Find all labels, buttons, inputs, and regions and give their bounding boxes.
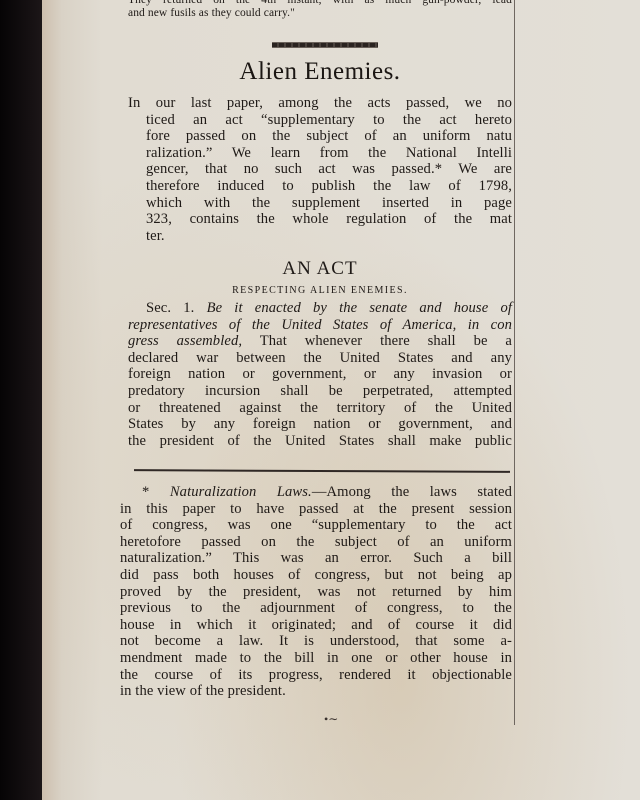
- intro-line: which with the supplement inserted in pa…: [128, 195, 512, 212]
- section-line: predatory incursion shall be perpetrated…: [128, 383, 512, 400]
- section-line: or threatened against the territory of t…: [128, 400, 512, 417]
- footnote-line: mendment made to the bill in one or othe…: [120, 650, 512, 667]
- footnote-line: of congress, was one “supplementary to t…: [120, 517, 512, 534]
- enacting-clause: representatives of the United States of …: [128, 317, 512, 333]
- section-line: declared war between the United States a…: [128, 350, 512, 367]
- ink-blot-mark: •∼: [324, 712, 338, 727]
- intro-line: In our last paper, among the acts passed…: [128, 95, 512, 112]
- intro-line: fore passed on the subject of an uniform…: [128, 128, 512, 145]
- act-section-1: Sec. 1. Be it enacted by the senate and …: [128, 300, 512, 449]
- intro-line: gencer, that no such act was passed.* We…: [128, 161, 512, 178]
- footnote-naturalization-laws: * Naturalization Laws.—Among the laws st…: [120, 484, 512, 700]
- act-subtitle: RESPECTING ALIEN ENEMIES.: [128, 285, 512, 296]
- footnote-line: naturalization.” This was an error. Such…: [120, 550, 512, 567]
- footnote-line: not become a law. It is understood, that…: [120, 633, 512, 650]
- dark-background-edge: [0, 0, 42, 800]
- enacting-clause: Be it enacted by the senate and house of: [207, 300, 512, 316]
- section-text: That whenever there shall be a: [242, 333, 512, 349]
- footnote-line: in this paper to have passed at the pres…: [120, 501, 512, 518]
- intro-line: 323, contains the whole regulation of th…: [128, 211, 512, 228]
- footnote-line: did pass both houses of congress, but no…: [120, 567, 512, 584]
- fragment-line: and new fusils as they could carry.": [128, 7, 512, 20]
- footnote-title: Naturalization Laws.: [170, 484, 312, 500]
- section-line: States by any foreign nation or governme…: [128, 416, 512, 433]
- section-label: Sec. 1.: [146, 300, 207, 316]
- footnote-separator-rule: [134, 469, 510, 473]
- footnote-line: proved by the president, was not returne…: [120, 584, 512, 601]
- intro-line: ter.: [128, 228, 512, 245]
- article-headline: Alien Enemies.: [128, 58, 512, 86]
- footnote-line: heretofore passed on the subject of an u…: [120, 534, 512, 551]
- section-divider-rule: [272, 42, 378, 48]
- section-line: Sec. 1. Be it enacted by the senate and …: [128, 300, 512, 317]
- intro-line: therefore induced to publish the law of …: [128, 178, 512, 195]
- footnote-line: house in which it originated; and of cou…: [120, 617, 512, 634]
- section-line: representatives of the United States of …: [128, 317, 512, 334]
- act-title: AN ACT: [128, 258, 512, 280]
- footnote-marker: *: [142, 484, 170, 500]
- article-intro: In our last paper, among the acts passed…: [128, 95, 512, 244]
- section-line: foreign nation or government, or any inv…: [128, 366, 512, 383]
- section-line: gress assembled, That whenever there sha…: [128, 333, 512, 350]
- column-rule: [514, 0, 515, 725]
- previous-article-fragment: They returned on the 4th instant, with a…: [128, 0, 512, 20]
- enacting-clause: gress assembled,: [128, 333, 242, 349]
- footnote-line: the course of its progress, rendered it …: [120, 667, 512, 684]
- footnote-line: previous to the adjournment of congress,…: [120, 600, 512, 617]
- footnote-text: —Among the laws stated: [312, 484, 512, 500]
- footnote-line: * Naturalization Laws.—Among the laws st…: [120, 484, 512, 501]
- newspaper-page: They returned on the 4th instant, with a…: [42, 0, 640, 800]
- intro-line: ralization.” We learn from the National …: [128, 145, 512, 162]
- footnote-line: in the view of the president.: [120, 683, 512, 700]
- intro-line: ticed an act “supplementary to the act h…: [128, 112, 512, 129]
- section-line: the president of the United States shall…: [128, 433, 512, 450]
- fragment-line: They returned on the 4th instant, with a…: [128, 0, 512, 7]
